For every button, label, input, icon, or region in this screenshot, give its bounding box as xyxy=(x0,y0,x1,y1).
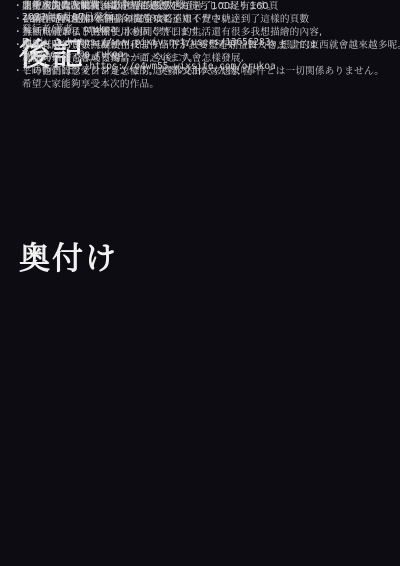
afterword-body-line: 希望大家能夠享受本次的作品。 xyxy=(22,78,394,91)
notice-line: 損害の賠償を求める場合がございます。 xyxy=(13,52,395,65)
colophon-title: 奥付け xyxy=(19,244,118,275)
notice-line: ・この物語はフィクションです。実際の団体や人物、事件とは一切関係ありません。 xyxy=(13,65,395,78)
notice-line: ・無断転載および無断使用により当方が被った不利益につきましては xyxy=(13,39,395,52)
notice-line: ・18歳未満の方の本作品の閲覧はご遠慮ください。 xyxy=(13,13,395,26)
notice-line: ・上記宛先などにて、ご意見ご感想をお待ちしております。 xyxy=(13,0,395,13)
legal-notices: ・上記宛先などにて、ご意見ご感想をお待ちしております。 ・18歳未満の方の本作品… xyxy=(0,0,400,78)
afterword-page: 後記 非常感謝此次購買本作 「新生是肉便器!社團少年完全攻略」 與上次的作品相同… xyxy=(0,0,400,566)
notice-line: ・無断転載および無断使用を固く禁じます。 xyxy=(13,26,395,39)
